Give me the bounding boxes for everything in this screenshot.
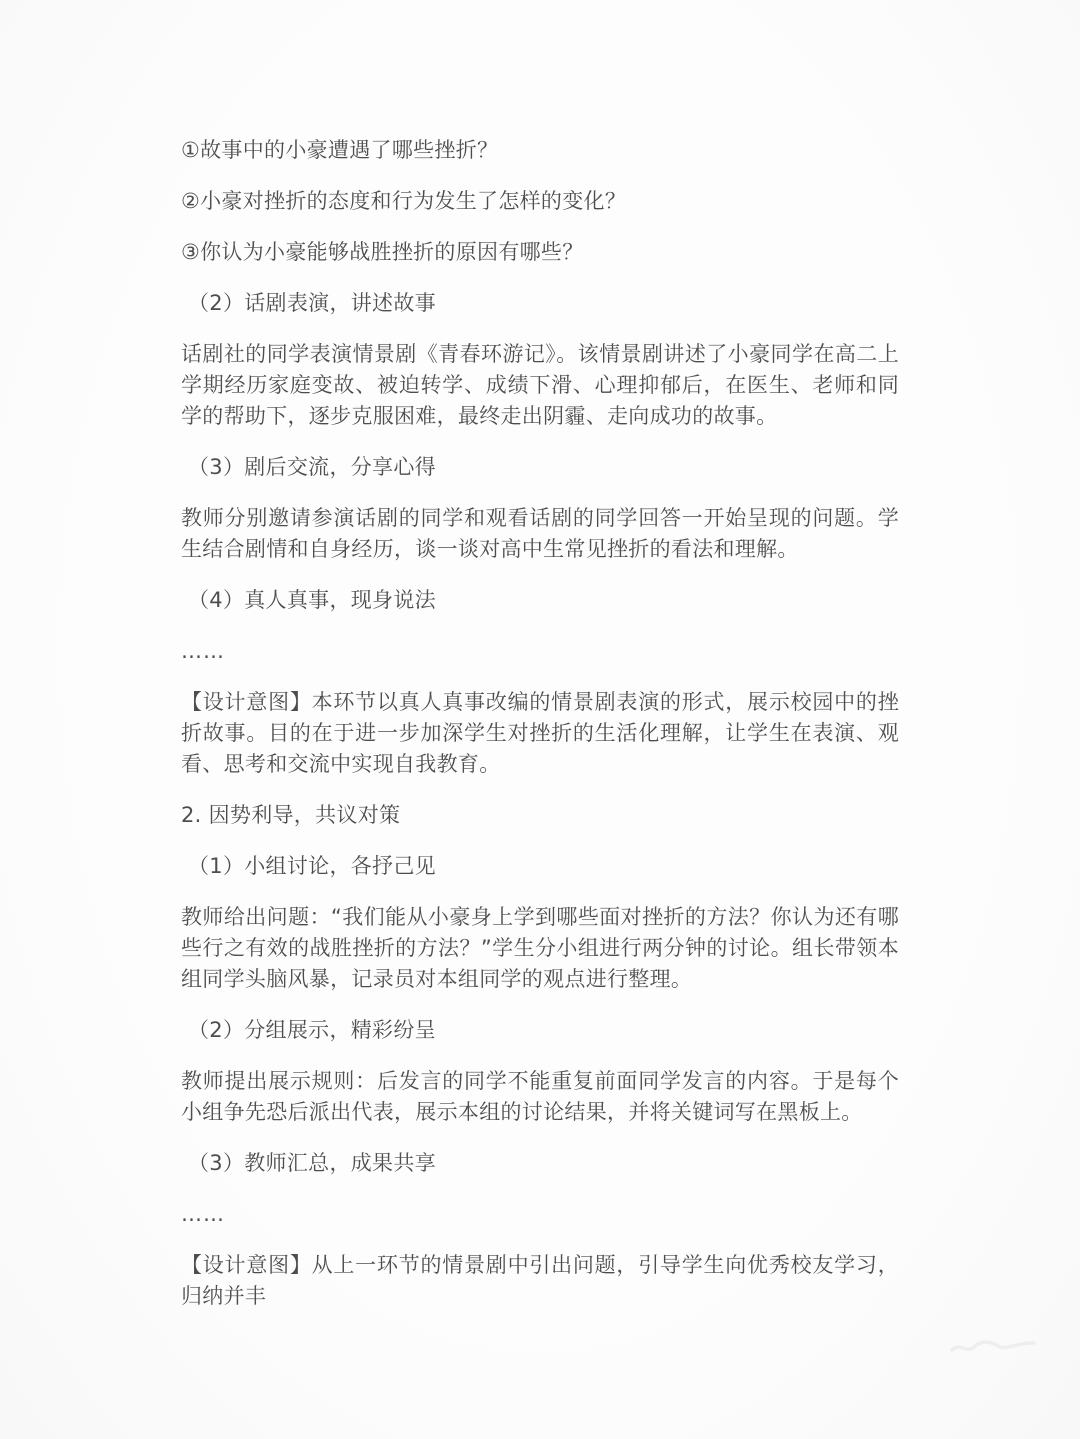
step-heading-teacher-summary: （3）教师汇总，成果共享 [181,1148,899,1179]
question-item-1: ①故事中的小豪遭遇了哪些挫折？ [181,135,899,166]
step-heading-group-discussion: （1）小组讨论，各抒己见 [181,851,899,882]
ellipsis-1: …… [181,636,899,667]
lesson-plan-document: ①故事中的小豪遭遇了哪些挫折？ ②小豪对挫折的态度和行为发生了怎样的变化？ ③你… [181,135,899,1332]
ellipsis-2: …… [181,1199,899,1230]
question-item-2: ②小豪对挫折的态度和行为发生了怎样的变化？ [181,186,899,217]
paragraph-drama-performance: 话剧社的同学表演情景剧《青春环游记》。该情景剧讲述了小豪同学在高二上学期经历家庭… [181,339,899,432]
faint-smudge-watermark [948,1332,1038,1358]
step-heading-real-story: （4）真人真事，现身说法 [181,585,899,616]
step-heading-post-drama-exchange: （3）剧后交流，分享心得 [181,452,899,483]
step-heading-group-presentation: （2）分组展示，精彩纷呈 [181,1015,899,1046]
design-intent-paragraph-1: 【设计意图】本环节以真人真事改编的情景剧表演的形式，展示校园中的挫折故事。目的在… [181,687,899,780]
paragraph-group-discussion: 教师给出问题：“我们能从小豪身上学到哪些面对挫折的方法？你认为还有哪些行之有效的… [181,902,899,995]
step-heading-drama-performance: （2）话剧表演，讲述故事 [181,288,899,319]
question-item-3: ③你认为小豪能够战胜挫折的原因有哪些？ [181,237,899,268]
design-intent-paragraph-2: 【设计意图】从上一环节的情景剧中引出问题，引导学生向优秀校友学习，归纳并丰 [181,1250,899,1312]
paragraph-group-presentation: 教师提出展示规则：后发言的同学不能重复前面同学发言的内容。于是每个小组争先恐后派… [181,1066,899,1128]
paragraph-post-drama-exchange: 教师分别邀请参演话剧的同学和观看话剧的同学回答一开始呈现的问题。学生结合剧情和自… [181,503,899,565]
section-2-title: 2. 因势利导，共议对策 [181,800,899,831]
